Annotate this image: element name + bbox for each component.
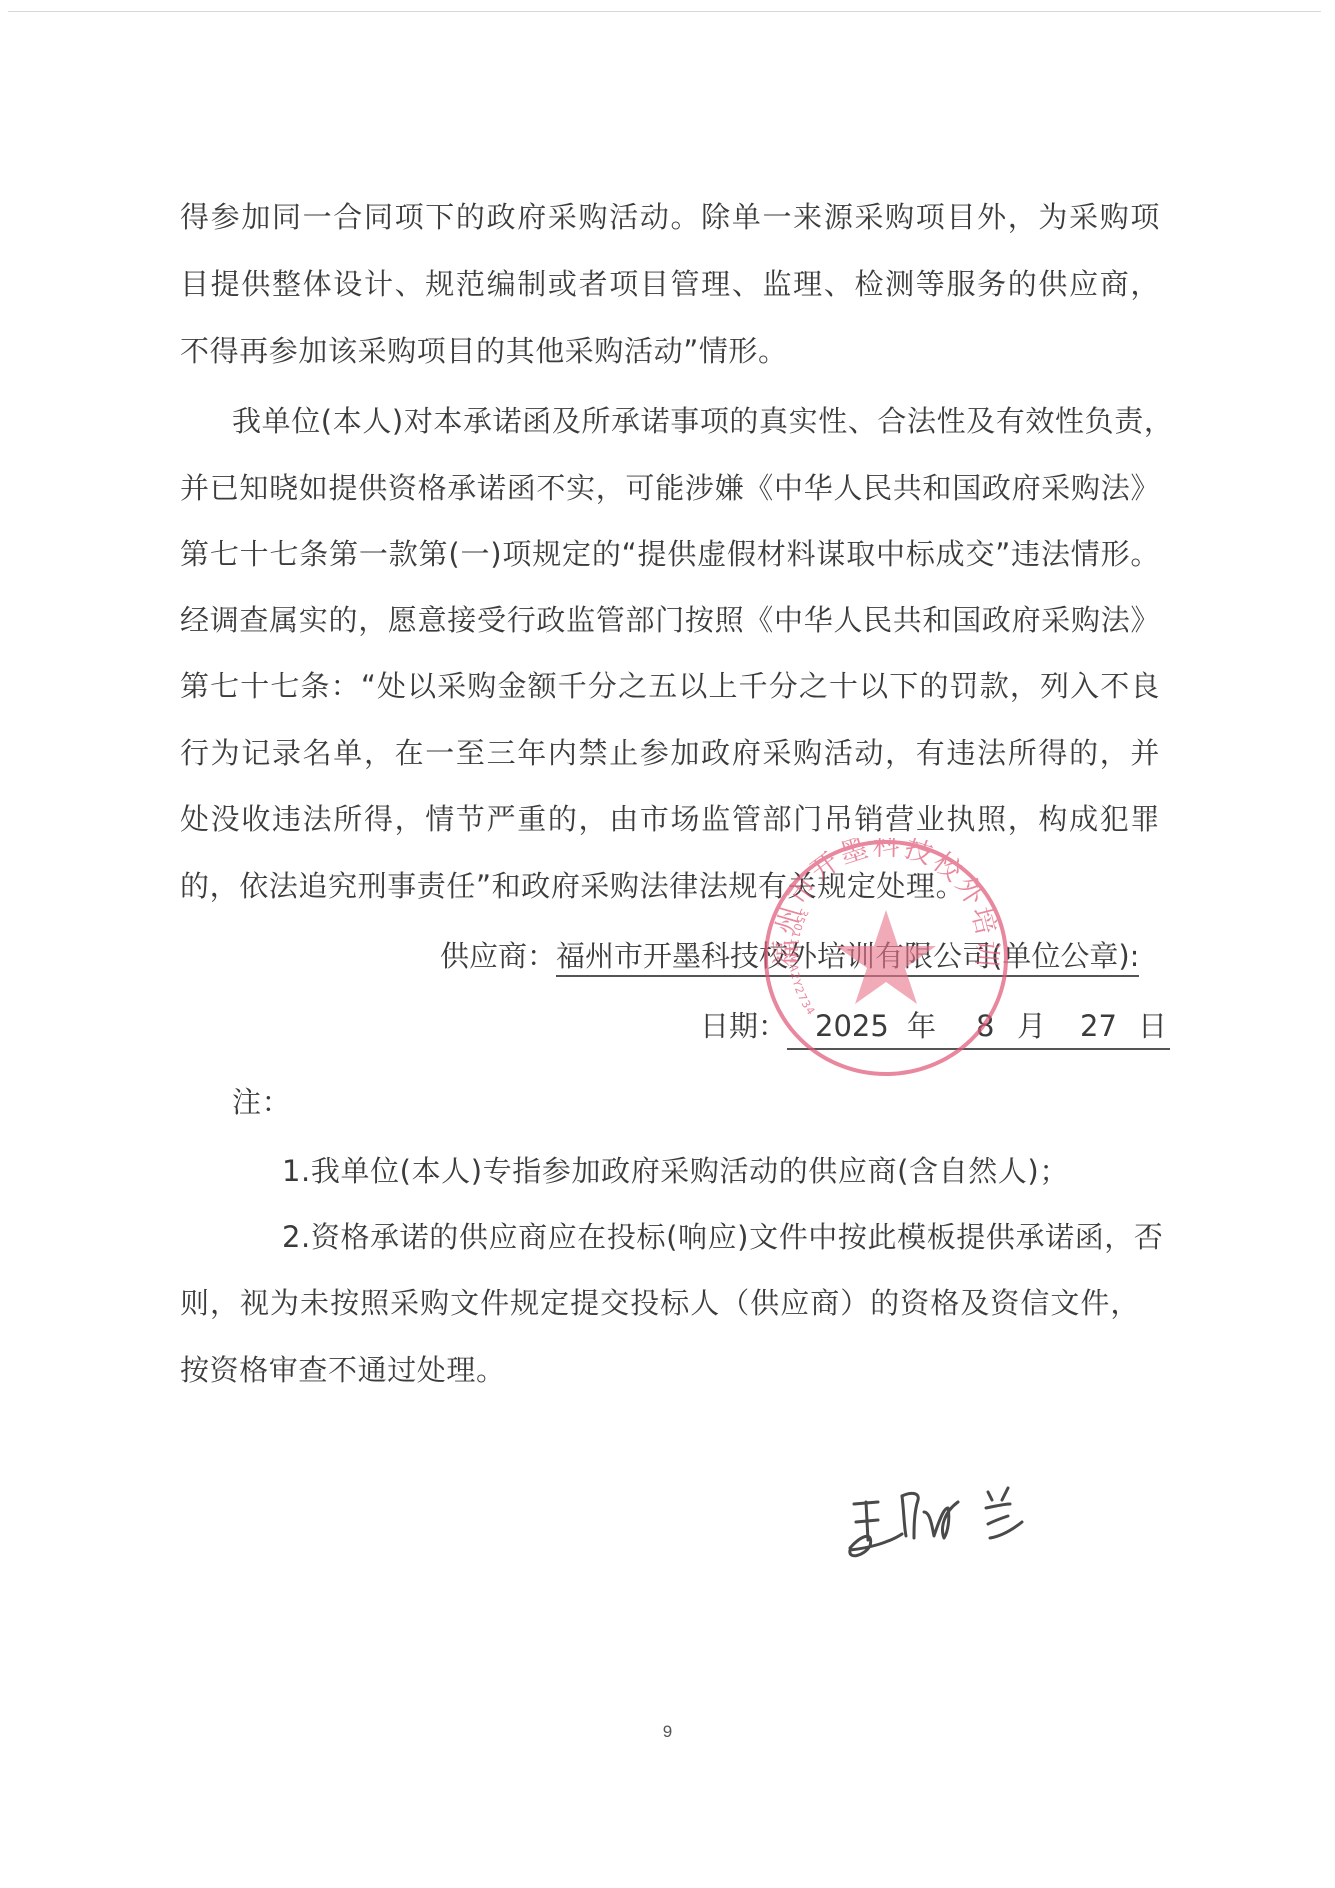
scan-edge-line	[8, 11, 1321, 12]
date-year: 2025	[815, 1008, 889, 1044]
text-line: 处没收违法所得，情节严重的，由市场监管部门吊销营业执照，构成犯罪	[180, 801, 1160, 837]
page-number: 9	[0, 1722, 1335, 1742]
document-page: 得参加同一合同项下的政府采购活动。除单一来源采购项目外，为采购项 目提供整体设计…	[0, 0, 1335, 1888]
date-label: 日期：	[700, 1008, 787, 1044]
supplier-name: 福州市开墨科技校外培训有限公司(单位公章):	[556, 939, 1139, 977]
supplier-label: 供应商：	[440, 939, 556, 973]
text-line: 得参加同一合同项下的政府采购活动。除单一来源采购项目外，为采购项	[180, 199, 1160, 235]
date-month: 8	[976, 1008, 994, 1044]
note-item-2-cont: 则，视为未按照采购文件规定提交投标人（供应商）的资格及资信文件，	[180, 1285, 1140, 1321]
supplier-row: 供应商：福州市开墨科技校外培训有限公司(单位公章):	[440, 938, 1139, 974]
text-line: 的，依法追究刑事责任”和政府采购法律法规有关规定处理。	[180, 868, 1160, 904]
notes-heading: 注：	[232, 1084, 1212, 1120]
date-day: 27	[1080, 1008, 1117, 1044]
note-item-1: 1.我单位(本人)专指参加政府采购活动的供应商(含自然人)；	[282, 1153, 1160, 1189]
text-line: 第七十七条第一款第(一)项规定的“提供虚假材料谋取中标成交”违法情形。	[180, 536, 1160, 572]
text-line: 经调查属实的，愿意接受行政监管部门按照《中华人民共和国政府采购法》	[180, 602, 1160, 638]
date-month-unit: 月	[1017, 1008, 1046, 1044]
note-item-2-end: 按资格审查不通过处理。	[180, 1352, 1160, 1388]
text-line: 目提供整体设计、规范编制或者项目管理、监理、检测等服务的供应商，	[180, 266, 1160, 302]
handwritten-signature	[840, 1478, 1030, 1568]
note-item-2: 2.资格承诺的供应商应在投标(响应)文件中按此模板提供承诺函，否	[282, 1219, 1160, 1255]
date-underline	[787, 1048, 1170, 1050]
text-line: 并已知晓如提供资格承诺函不实，可能涉嫌《中华人民共和国政府采购法》	[180, 470, 1160, 506]
date-day-unit: 日	[1138, 1008, 1167, 1044]
date-year-unit: 年	[907, 1008, 936, 1044]
text-line: 我单位(本人)对本承诺函及所承诺事项的真实性、合法性及有效性负责，	[232, 403, 1160, 439]
text-line: 不得再参加该采购项目的其他采购活动”情形。	[180, 333, 1160, 369]
text-line: 行为记录名单，在一至三年内禁止参加政府采购活动，有违法所得的，并	[180, 735, 1160, 771]
text-line: 第七十七条：“处以采购金额千分之五以上千分之十以下的罚款，列入不良	[180, 668, 1160, 704]
